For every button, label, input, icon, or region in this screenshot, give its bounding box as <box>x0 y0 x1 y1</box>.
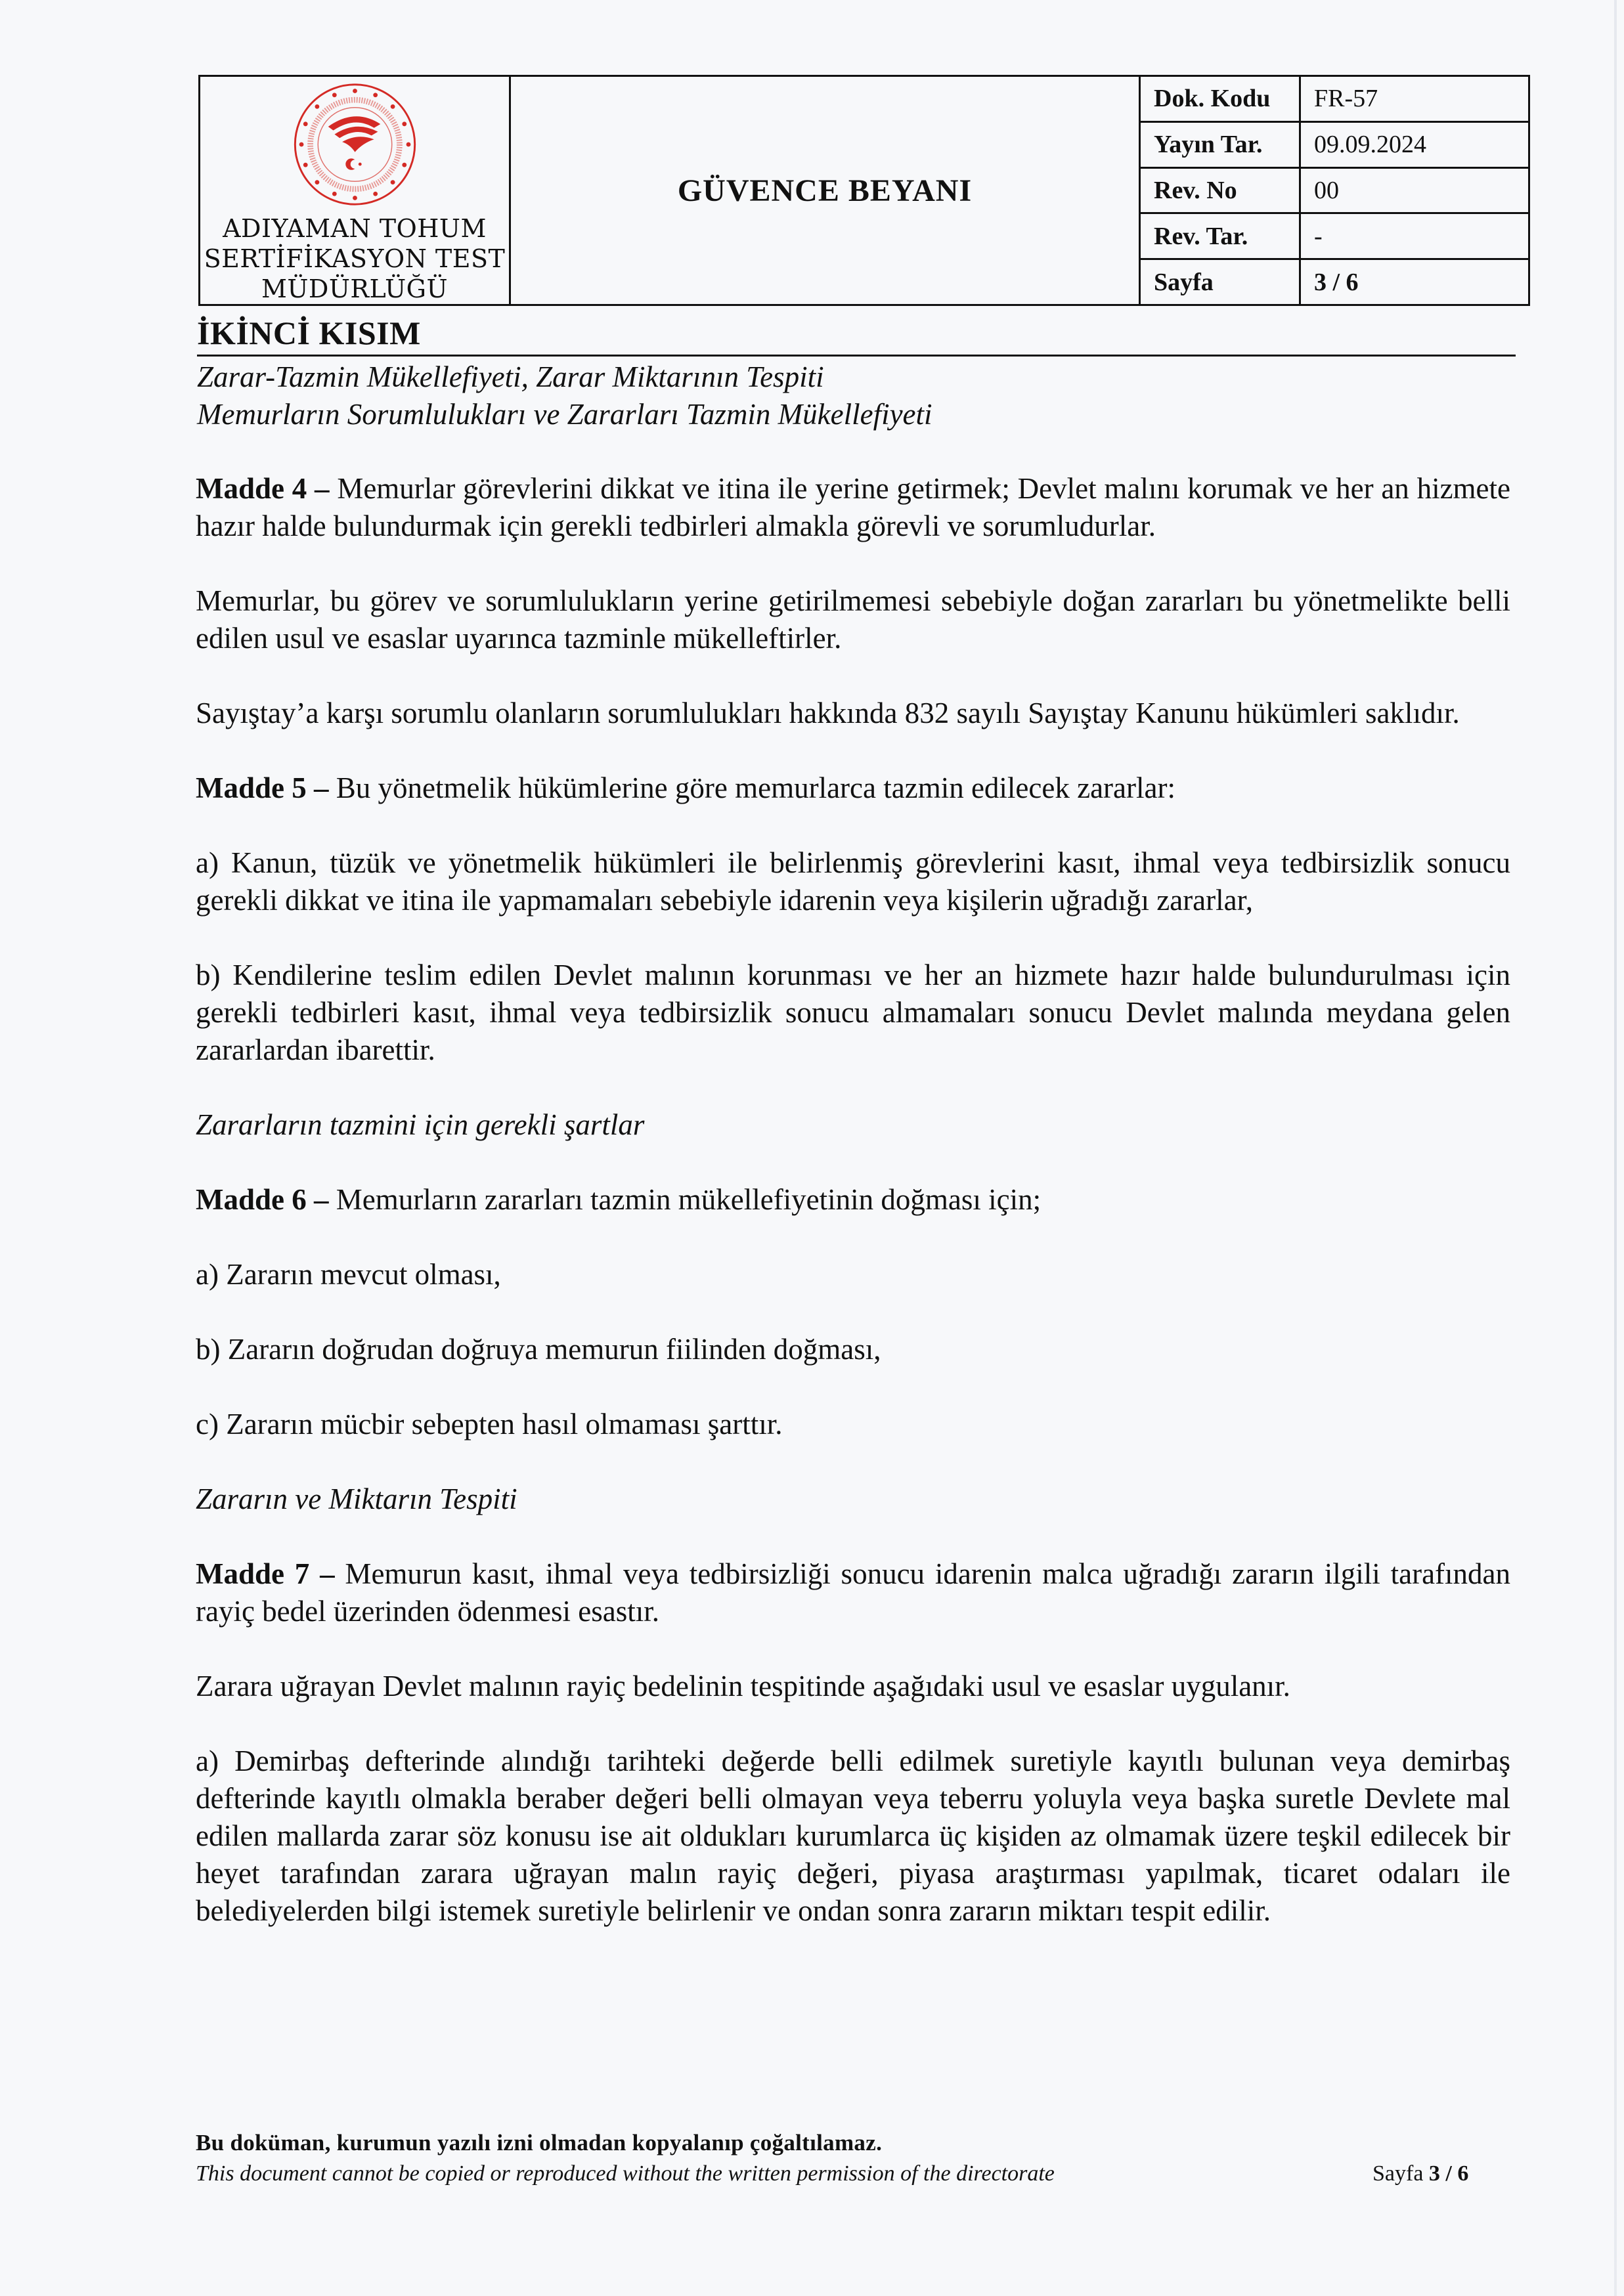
paragraph-text: c) Zararın mücbir sebepten hasıl olmamas… <box>196 1408 782 1440</box>
section-title: İKİNCİ KISIM <box>197 314 421 352</box>
paragraph-text: b) Zararın doğrudan doğruya memurun fiil… <box>196 1333 881 1366</box>
paragraph-text: Zarara uğrayan Devlet malının rayiç bede… <box>196 1670 1290 1702</box>
article-paragraph: Madde 7 – Memurun kasıt, ihmal veya tedb… <box>196 1555 1510 1630</box>
organization-name: ADIYAMAN TOHUM SERTİFİKASYON TEST MÜDÜRL… <box>204 213 506 304</box>
meta-label: Rev. No <box>1141 169 1301 213</box>
body-paragraph: b) Kendilerine teslim edilen Devlet malı… <box>196 957 1510 1069</box>
meta-label: Dok. Kodu <box>1141 77 1301 121</box>
body-paragraph: Memurlar, bu görev ve sorumlulukların ye… <box>196 582 1510 657</box>
paragraph-text: Zararın ve Miktarın Tespiti <box>196 1483 517 1515</box>
section-subtitle-2: Memurların Sorumlulukları ve Zararları T… <box>197 397 933 431</box>
article-paragraph: Madde 6 – Memurların zararları tazmin mü… <box>196 1181 1510 1219</box>
meta-row-page: Sayfa 3 / 6 <box>1141 260 1528 304</box>
article-number: Madde 7 – <box>196 1557 335 1590</box>
paragraph-text: Bu yönetmelik hükümlerine göre memurlarc… <box>329 771 1175 804</box>
document-meta-table: Dok. Kodu FR-57 Yayın Tar. 09.09.2024 Re… <box>1141 77 1528 304</box>
organization-cell: ADIYAMAN TOHUM SERTİFİKASYON TEST MÜDÜRL… <box>200 77 511 304</box>
footer-page-number: Sayfa 3 / 6 <box>1372 2161 1468 2186</box>
organization-line-3: MÜDÜRLÜĞÜ <box>204 274 506 304</box>
footer-copy-warning-en: This document cannot be copied or reprod… <box>196 2161 1055 2186</box>
article-number: Madde 4 – <box>196 472 330 505</box>
meta-row-rev-date: Rev. Tar. - <box>1141 214 1528 260</box>
subsection-heading: Zararın ve Miktarın Tespiti <box>196 1481 1510 1518</box>
section-subtitle-1: Zarar-Tazmin Mükellefiyeti, Zarar Miktar… <box>197 360 824 394</box>
article-number: Madde 6 – <box>196 1183 329 1216</box>
paragraph-text: Sayıştay’a karşı sorumlu olanların sorum… <box>196 697 1460 729</box>
body-paragraph: c) Zararın mücbir sebepten hasıl olmamas… <box>196 1406 1510 1443</box>
article-paragraph: Madde 5 – Bu yönetmelik hükümlerine göre… <box>196 769 1510 807</box>
document-title: GÜVENCE BEYANI <box>678 173 972 209</box>
organization-line-1: ADIYAMAN TOHUM <box>204 213 506 244</box>
paragraph-text: a) Demirbaş defterinde alındığı tarihtek… <box>196 1744 1510 1927</box>
document-header: ADIYAMAN TOHUM SERTİFİKASYON TEST MÜDÜRL… <box>198 75 1530 306</box>
title-cell: GÜVENCE BEYANI <box>511 77 1141 304</box>
meta-row-rev-no: Rev. No 00 <box>1141 169 1528 215</box>
meta-row-doc-code: Dok. Kodu FR-57 <box>1141 77 1528 123</box>
paragraph-text: b) Kendilerine teslim edilen Devlet malı… <box>196 959 1510 1066</box>
meta-label: Sayfa <box>1141 260 1301 304</box>
ministry-seal-icon <box>284 81 426 208</box>
body-paragraph: b) Zararın doğrudan doğruya memurun fiil… <box>196 1331 1510 1368</box>
paragraph-text: Memurların zararları tazmin mükellefiyet… <box>329 1183 1042 1216</box>
meta-value: FR-57 <box>1301 77 1528 121</box>
footer-page-label: Sayfa <box>1372 2161 1423 2186</box>
paragraph-text: a) Kanun, tüzük ve yönetmelik hükümleri … <box>196 846 1510 917</box>
paragraph-text: a) Zararın mevcut olması, <box>196 1258 501 1291</box>
meta-value: - <box>1301 214 1528 258</box>
meta-value: 3 / 6 <box>1301 260 1528 304</box>
article-number: Madde 5 – <box>196 771 329 804</box>
paragraph-text: Zararların tazmini için gerekli şartlar <box>196 1108 644 1141</box>
meta-label: Yayın Tar. <box>1141 123 1301 167</box>
subsection-heading: Zararların tazmini için gerekli şartlar <box>196 1106 1510 1144</box>
paragraph-text: Memurlar, bu görev ve sorumlulukların ye… <box>196 584 1510 655</box>
footer-copy-warning-tr: Bu doküman, kurumun yazılı izni olmadan … <box>196 2130 882 2156</box>
body-paragraph: Sayıştay’a karşı sorumlu olanların sorum… <box>196 695 1510 732</box>
meta-label: Rev. Tar. <box>1141 214 1301 258</box>
body-paragraph: a) Demirbaş defterinde alındığı tarihtek… <box>196 1743 1510 1930</box>
document-body: Madde 4 – Memurlar görevlerini dikkat ve… <box>196 470 1510 1967</box>
paragraph-text: Memurlar görevlerini dikkat ve itina ile… <box>196 472 1510 542</box>
body-paragraph: Zarara uğrayan Devlet malının rayiç bede… <box>196 1668 1510 1705</box>
organization-line-2: SERTİFİKASYON TEST <box>204 244 506 274</box>
body-paragraph: a) Kanun, tüzük ve yönetmelik hükümleri … <box>196 844 1510 919</box>
meta-row-publish-date: Yayın Tar. 09.09.2024 <box>1141 123 1528 169</box>
article-paragraph: Madde 4 – Memurlar görevlerini dikkat ve… <box>196 470 1510 545</box>
meta-value: 09.09.2024 <box>1301 123 1528 167</box>
paragraph-text: Memurun kasıt, ihmal veya tedbirsizliği … <box>196 1557 1510 1628</box>
meta-value: 00 <box>1301 169 1528 213</box>
section-divider <box>197 355 1516 357</box>
footer-page-value: 3 / 6 <box>1429 2161 1468 2186</box>
body-paragraph: a) Zararın mevcut olması, <box>196 1256 1510 1293</box>
scan-edge <box>1614 0 1617 2296</box>
